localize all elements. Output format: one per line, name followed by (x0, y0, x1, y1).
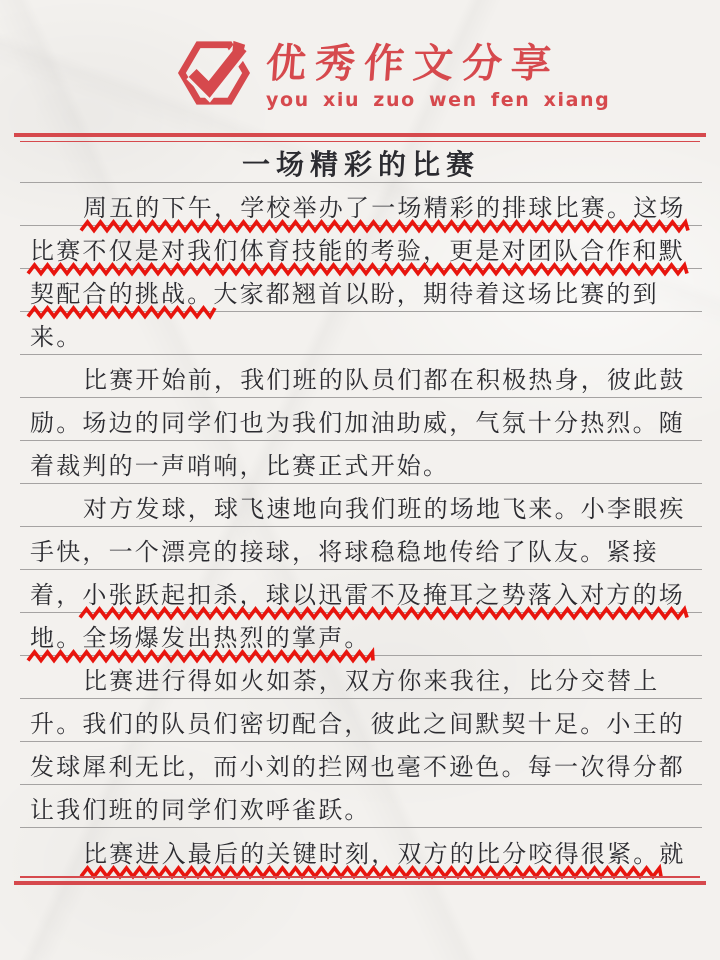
essay-line: 着，小张跃起扣杀，球以迅雷不及掩耳之势落入对方的场 (20, 570, 702, 613)
essay-title: 一场精彩的比赛 (20, 141, 702, 183)
essay-text: 手快，一个漂亮的接球，将球稳稳地传给了队友。紧接 (30, 537, 659, 567)
teacher-wavy-highlight: 契配合的挑战。 (30, 279, 213, 309)
essay-line: 发球犀利无比，而小刘的拦网也毫不逊色。每一次得分都 (20, 742, 702, 785)
essay-line: 比赛开始前，我们班的队员们都在积极热身，彼此鼓 (20, 355, 702, 398)
essay-text: 着裁判的一声哨响，比赛正式开始。 (30, 451, 449, 481)
essay-line: 比赛进入最后的关键时刻，双方的比分咬得很紧。就 (20, 828, 702, 871)
teacher-wavy-highlight: 比赛不仅是对我们体育技能的考验，更是对团队合作和默 (30, 236, 685, 266)
top-border-thick (14, 133, 706, 137)
essay-line: 手快，一个漂亮的接球，将球稳稳地传给了队友。紧接 (20, 527, 702, 570)
essay-sheet: 一场精彩的比赛 周五的下午，学校举办了一场精彩的排球比赛。这场比赛不仅是对我们体… (20, 141, 702, 871)
bottom-border-thin (20, 876, 700, 878)
notebook-page: 优秀作文分享 you xiu zuo wen fen xiang 一场精彩的比赛… (0, 0, 720, 960)
essay-text: 励。场边的同学们也为我们加油助威，气氛十分热烈。随 (30, 408, 685, 438)
wavy-underline-mark (81, 866, 661, 880)
essay-text: 比赛开始前，我们班的队员们都在积极热身，彼此鼓 (83, 365, 686, 395)
wavy-underline-mark (28, 263, 687, 277)
teacher-wavy-highlight: 地。全场爆发出热烈的掌声。 (30, 623, 371, 653)
essay-text: 发球犀利无比，而小刘的拦网也毫不逊色。每一次得分都 (30, 752, 685, 782)
essay-text: 升。我们的队员们密切配合，彼此之间默契十足。小王的 (30, 709, 685, 739)
wavy-underline-mark (28, 306, 215, 320)
wavy-underline-mark (81, 220, 688, 234)
teacher-wavy-highlight: 比赛进入最后的关键时刻，双方的比分咬得很紧。 (83, 839, 659, 869)
essay-lines: 周五的下午，学校举办了一场精彩的排球比赛。这场比赛不仅是对我们体育技能的考验，更… (20, 183, 702, 871)
essay-text: 让我们班的同学们欢呼雀跃。 (30, 795, 371, 825)
hexagon-checkmark-icon (177, 37, 251, 107)
teacher-wavy-highlight: 小张跃起扣杀，球以迅雷不及掩耳之势落入对方的场 (82, 580, 685, 610)
essay-line: 周五的下午，学校举办了一场精彩的排球比赛。这场 (20, 183, 702, 226)
brand-title: 优秀作文分享 (264, 40, 612, 88)
essay-text: 就 (659, 839, 685, 869)
essay-text: 来。 (30, 322, 82, 352)
essay-text: 对方发球，球飞速地向我们班的场地飞来。小李眼疾 (83, 494, 686, 524)
essay-line: 励。场边的同学们也为我们加油助威，气氛十分热烈。随 (20, 398, 702, 441)
teacher-wavy-highlight: 周五的下午，学校举办了一场精彩的排球比赛。这场 (83, 193, 686, 223)
wavy-underline-mark (28, 650, 373, 664)
wavy-underline-mark (80, 607, 687, 621)
essay-text: 着， (30, 580, 82, 610)
brand-text: 优秀作文分享 you xiu zuo wen fen xiang (266, 40, 610, 111)
essay-line: 让我们班的同学们欢呼雀跃。 (20, 785, 702, 828)
essay-title-text: 一场精彩的比赛 (242, 150, 480, 180)
essay-line: 对方发球，球飞速地向我们班的场地飞来。小李眼疾 (20, 484, 702, 527)
essay-text: 比赛进行得如火如荼，双方你来我往，比分交替上 (83, 666, 659, 696)
essay-text: 大家都翘首以盼，期待着这场比赛的到 (213, 279, 658, 309)
bottom-border-thick (14, 881, 706, 885)
essay-line: 升。我们的队员们密切配合，彼此之间默契十足。小王的 (20, 699, 702, 742)
brand-pinyin: you xiu zuo wen fen xiang (266, 89, 610, 111)
essay-line: 着裁判的一声哨响，比赛正式开始。 (20, 441, 702, 484)
